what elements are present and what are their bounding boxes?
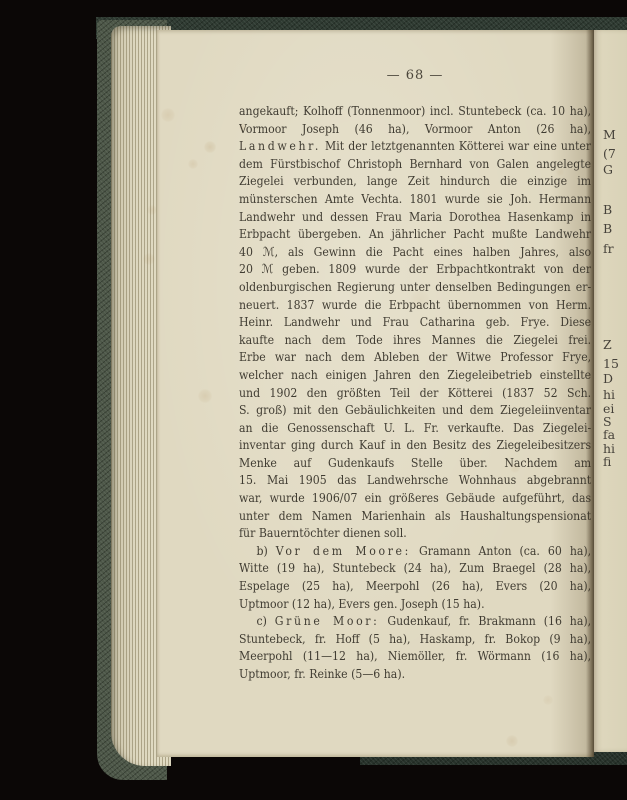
foxing-stain [506,735,518,747]
text-line: angekauft; Kolhoff (Tonnenmoor) incl. St… [239,102,591,120]
text-line: Landwehr und dessen Frau Maria Dorothea … [239,208,591,226]
text-line: Vormoor Joseph (46 ha), Vormoor Anton (2… [239,120,591,138]
text-line: welcher nach einigen Jahren den Ziegelei… [239,366,591,384]
foxing-stain [239,123,247,131]
facing-page-text-fragment: hi [603,388,615,402]
text-line: war, wurde 1906/07 ein größeres Gebäude … [239,489,591,507]
text-line: Witte (19 ha), Stuntebeck (24 ha), Zum B… [239,559,591,577]
foxing-stain [161,108,175,122]
text-line: Espelage (25 ha), Meerpohl (26 ha), Ever… [239,577,591,595]
text-line: 15. Mai 1905 das Landwehrsche Wohnhaus a… [239,471,591,489]
facing-page-text-fragment: Z [603,338,612,352]
facing-page-text-fragment: M [603,128,616,142]
foxing-stain [510,463,520,473]
text-line: an die Genossenschaft U. L. Fr. verkauft… [239,419,591,437]
text-line: Ziegelei verbunden, lange Zeit hindurch … [239,172,591,190]
page-number: — 68 — [239,68,591,83]
foxing-stain [147,205,157,215]
facing-page-text-fragment: G [603,163,613,177]
foxing-stain [556,168,564,176]
text-line: Uptmoor (12 ha), Evers gen. Joseph (15 h… [239,595,591,613]
text-line: münsterschen Amte Vechta. 1801 wurde sie… [239,190,591,208]
text-line: S. groß) mit den Gebäulichkeiten und dem… [239,401,591,419]
text-line: Erbe war nach dem Ableben der Witwe Prof… [239,348,591,366]
book-page: — 68 — angekauft; Kolhoff (Tonnenmoor) i… [157,30,594,757]
book-photo-scene: — 68 — angekauft; Kolhoff (Tonnenmoor) i… [0,0,627,800]
text-line: unter dem Namen Marienhain als Haushaltu… [239,507,591,525]
text-line: Stuntebeck, fr. Hoff (5 ha), Haskamp, fr… [239,630,591,648]
foxing-stain [204,141,216,153]
facing-page-text-fragment: B [603,222,612,236]
facing-page-sliver: M(7GBBfrZ15DhieiSfahifi [594,30,627,752]
facing-page-text-fragment: fi [603,455,611,469]
text-line: 20 ℳ geben. 1809 wurde der Erbpachtkontr… [239,260,591,278]
facing-page-text-fragment: fa [603,428,615,442]
facing-page-text-fragment: D [603,372,613,386]
foxing-stain [188,159,198,169]
text-line: Erbpacht übergeben. An jährlicher Pacht … [239,225,591,243]
foxing-stain [143,253,155,265]
foxing-stain [543,695,553,705]
text-line: Meerpohl (11—12 ha), Niemöller, fr. Wörm… [239,647,591,665]
text-line: dem Fürstbischof Christoph Bernhard von … [239,155,591,173]
text-line: Menke auf Gudenkaufs Stelle über. Nachde… [239,454,591,472]
text-line: und 1902 den größten Teil der Kötterei (… [239,384,591,402]
text-line: Landwehr. Mit der letztgenannten Köttere… [239,137,591,155]
text-line: c) Grüne Moor: Gudenkauf, fr. Brakmann (… [239,612,591,630]
text-line: für Bauerntöchter dienen soll. [239,524,591,542]
page-text-block: angekauft; Kolhoff (Tonnenmoor) incl. St… [239,102,591,683]
text-line: b) Vor dem Moore: Gramann Anton (ca. 60 … [239,542,591,560]
text-line: kaufte nach dem Tode ihres Mannes die Zi… [239,331,591,349]
facing-page-text-fragment: fr [603,242,614,256]
facing-page-text-fragment: (7 [603,147,616,161]
text-line: inventar ging durch Kauf in den Besitz d… [239,436,591,454]
text-line: Uptmoor, fr. Reinke (5—6 ha). [239,665,591,683]
book-gutter-shadow [586,30,594,757]
foxing-stain [410,290,430,310]
text-line: Heinr. Landwehr und Frau Catharina geb. … [239,313,591,331]
text-line: 40 ℳ, als Gewinn die Pacht eines halben … [239,243,591,261]
facing-page-text-fragment: 15 [603,357,619,371]
foxing-stain [198,389,212,403]
facing-page-text-fragment: B [603,203,612,217]
